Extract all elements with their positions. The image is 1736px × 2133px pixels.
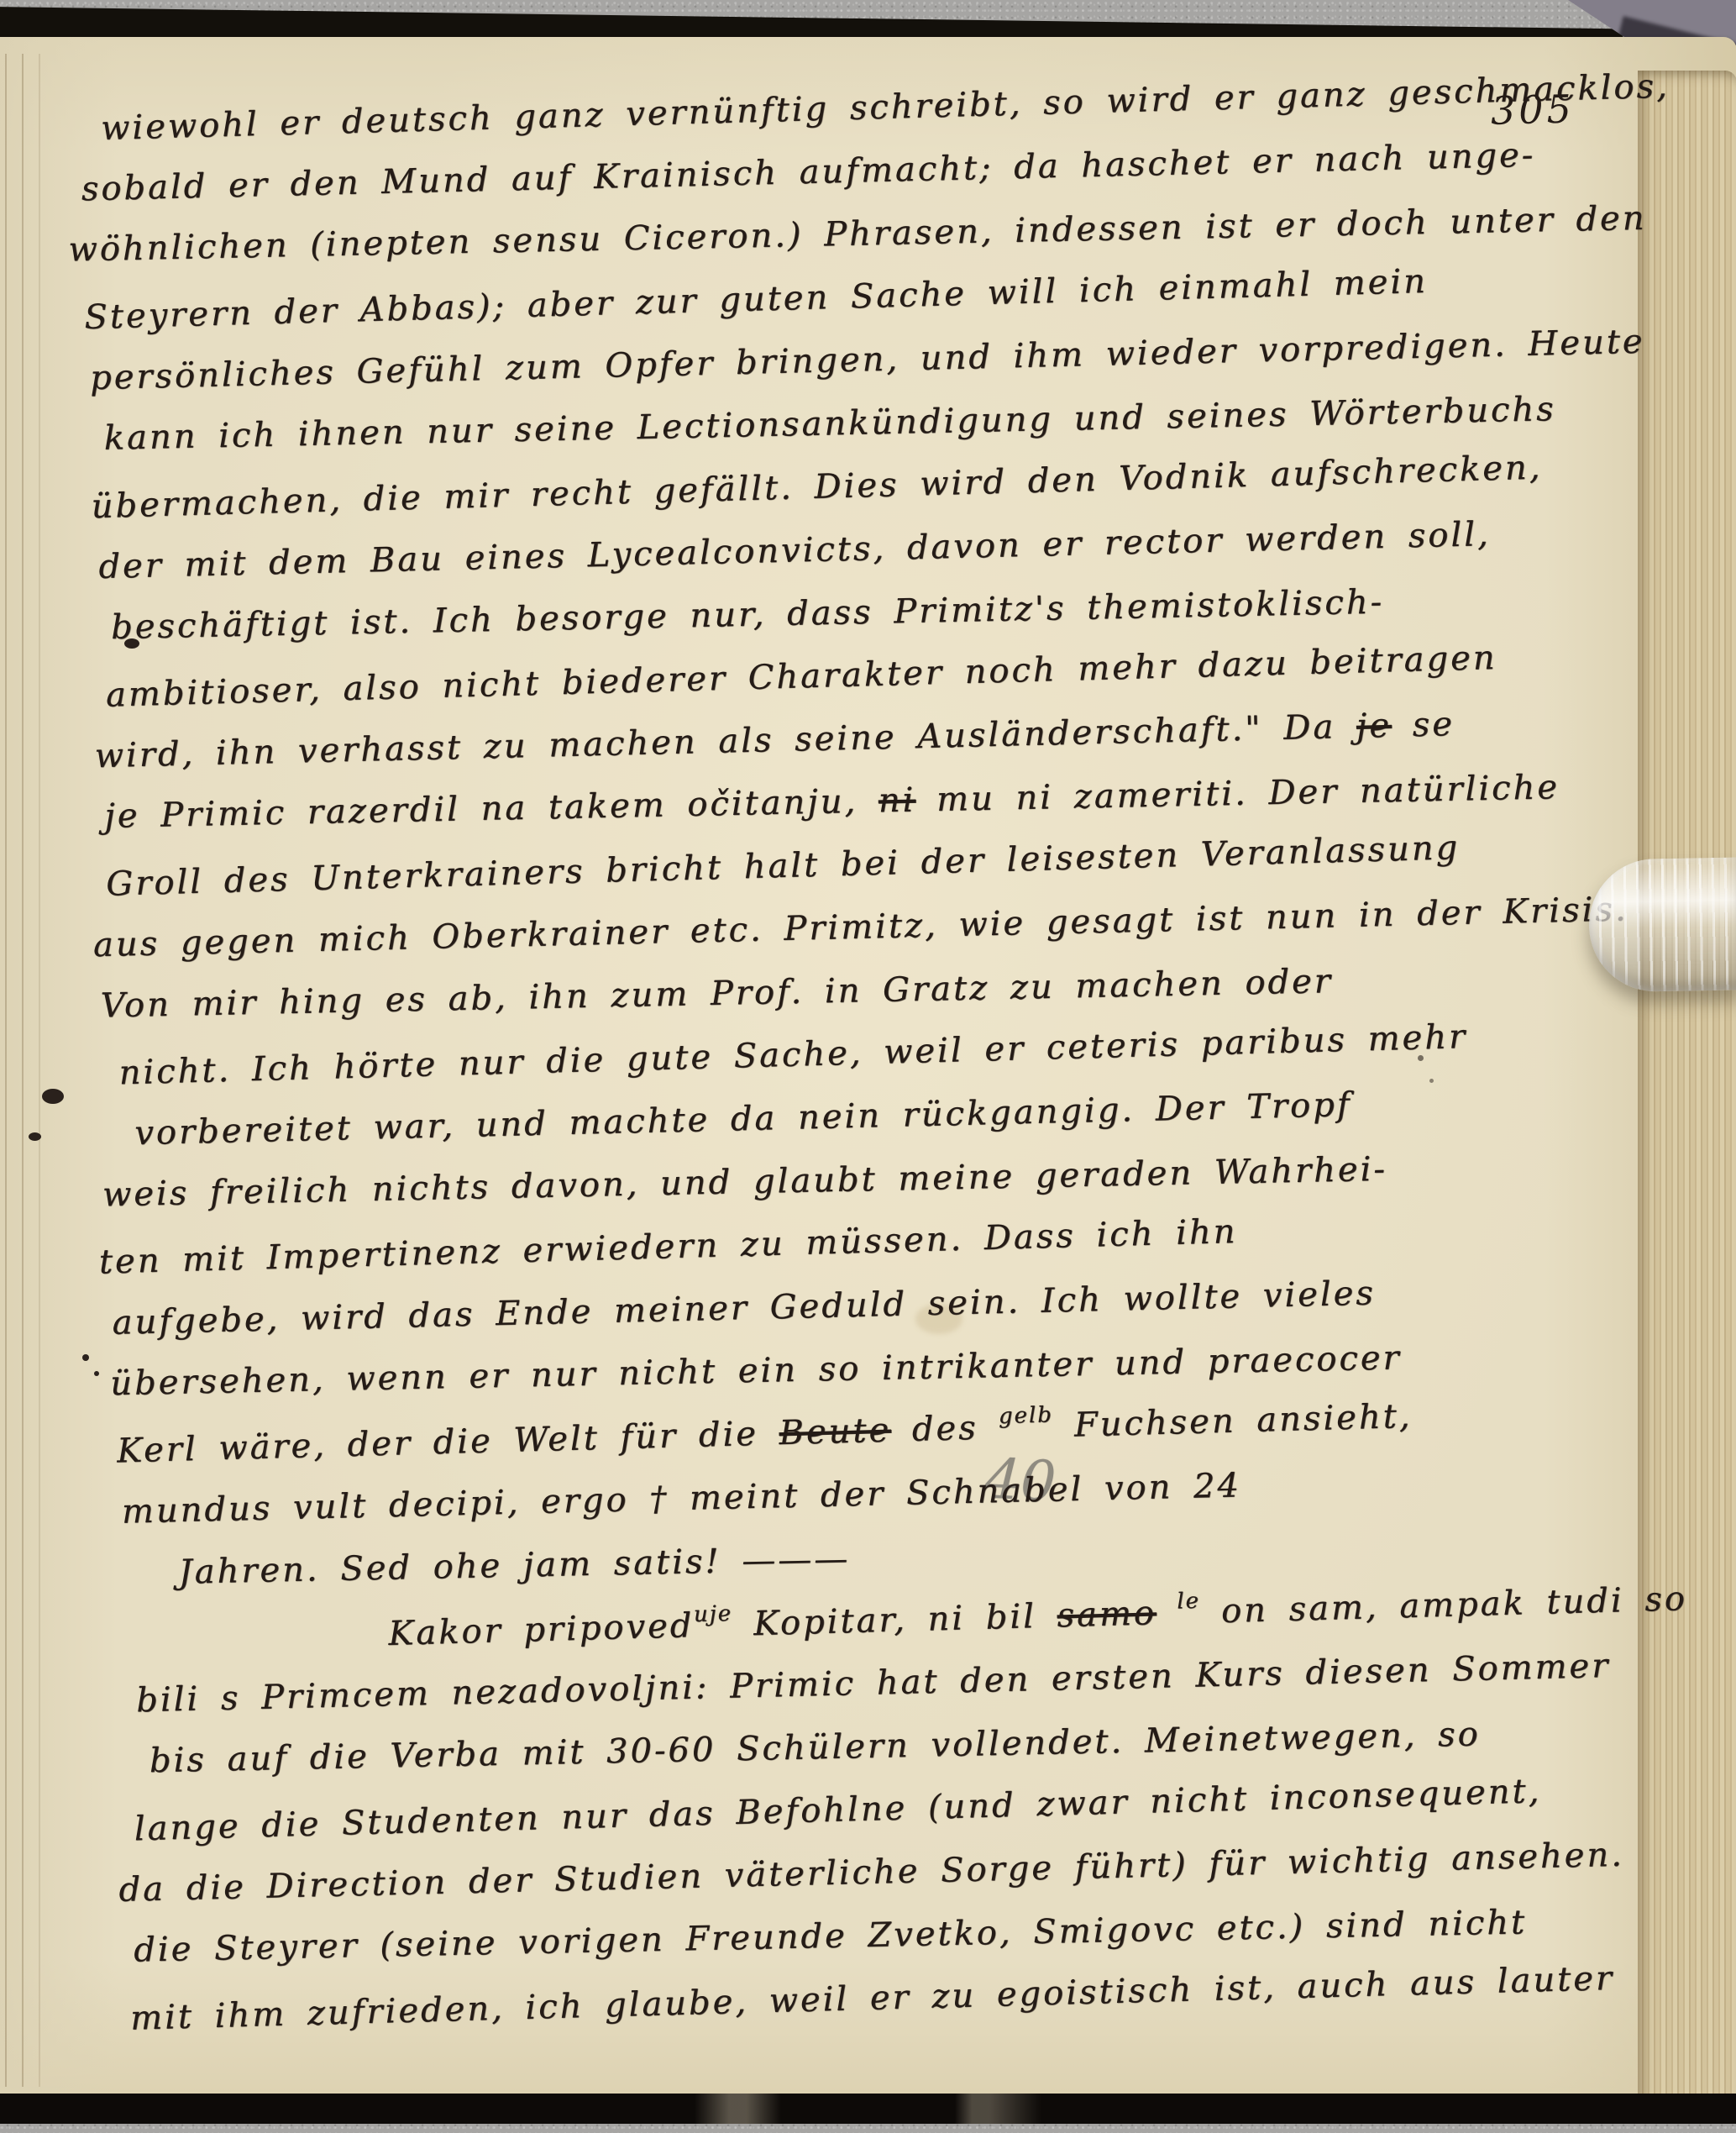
- manuscript-line: Steyrern der Abbas); aber zur guten Sach…: [84, 262, 1429, 337]
- glass-page-weight: [1588, 857, 1736, 992]
- manuscript-line: beschäftigt ist. Ich besorge nur, dass P…: [111, 583, 1385, 647]
- manuscript-line: nicht. Ich hörte nur die gute Sache, wei…: [118, 1017, 1468, 1092]
- manuscript-line: Jahren. Sed ohe jam satis! ———: [178, 1540, 850, 1592]
- manuscript-line: wöhnlichen (inepten sensu Ciceron.) Phra…: [68, 199, 1647, 270]
- book-cover-bottom-edge: [0, 2094, 1736, 2124]
- manuscript-line: aus gegen mich Oberkrainer etc. Primitz,…: [92, 890, 1628, 964]
- manuscript-line: bis auf die Verba mit 30-60 Schülern vol…: [149, 1715, 1481, 1780]
- manuscript-line: da die Direction der Studien väterliche …: [118, 1836, 1624, 1910]
- manuscript-line: der mit dem Bau eines Lycealconvicts, da…: [98, 515, 1491, 586]
- manuscript-line: je Primic razerdil na takem očitanju, ni…: [104, 768, 1560, 836]
- manuscript-line: persönliches Gefühl zum Opfer bringen, u…: [90, 323, 1645, 398]
- manuscript-line: übersehen, wenn er nur nicht ein so intr…: [110, 1338, 1402, 1403]
- manuscript-line: Groll des Unterkrainers bricht halt bei …: [106, 828, 1461, 904]
- manuscript-line: übermachen, die mir recht gefällt. Dies …: [91, 448, 1543, 526]
- manuscript-line: vorbereitet war, und machte da nein rück…: [134, 1085, 1352, 1153]
- manuscript-line: Kakor pripoveduje Kopitar, ni bil samo l…: [388, 1579, 1688, 1653]
- manuscript-line: aufgebe, wird das Ende meiner Geduld sei…: [112, 1274, 1376, 1342]
- manuscript-line: wiewohl er deutsch ganz vernünftig schre…: [100, 67, 1670, 149]
- manuscript-line: die Steyrer (seine vorigen Freunde Zvetk…: [134, 1903, 1528, 1969]
- manuscript-line: kann ich ihnen nur seine Lectionsankündi…: [103, 390, 1556, 458]
- manuscript-line: wird, ihn verhasst zu machen als seine A…: [94, 705, 1455, 775]
- photographed-book-scene: 305 40 wiewohl er deutsch ganz vernünfti…: [0, 0, 1736, 2133]
- manuscript-line: weis freilich nichts davon, und glaubt m…: [102, 1150, 1388, 1215]
- manuscript-line: mit ihm zufrieden, ich glaube, weil er z…: [129, 1959, 1614, 2038]
- manuscript-line: Kerl wäre, der die Welt für die Beute de…: [117, 1397, 1413, 1471]
- manuscript-line: lange die Studenten nur das Befohlne (un…: [134, 1772, 1542, 1848]
- manuscript-line: bili s Primcem nezadovoljni: Primic hat …: [136, 1647, 1611, 1720]
- manuscript-line: sobald er den Mund auf Krainisch aufmach…: [81, 136, 1535, 209]
- text-block: 305 40 wiewohl er deutsch ganz vernünfti…: [0, 0, 1736, 2133]
- manuscript-line: ten mit Impertinenz erwiedern zu müssen.…: [98, 1212, 1238, 1282]
- manuscript-line: mundus vult decipi, ergo † meint der Sch…: [121, 1466, 1241, 1531]
- manuscript-line: Von mir hing es ab, ihn zum Prof. in Gra…: [100, 962, 1333, 1025]
- manuscript-line: ambitioser, also nicht biederer Charakte…: [105, 638, 1497, 715]
